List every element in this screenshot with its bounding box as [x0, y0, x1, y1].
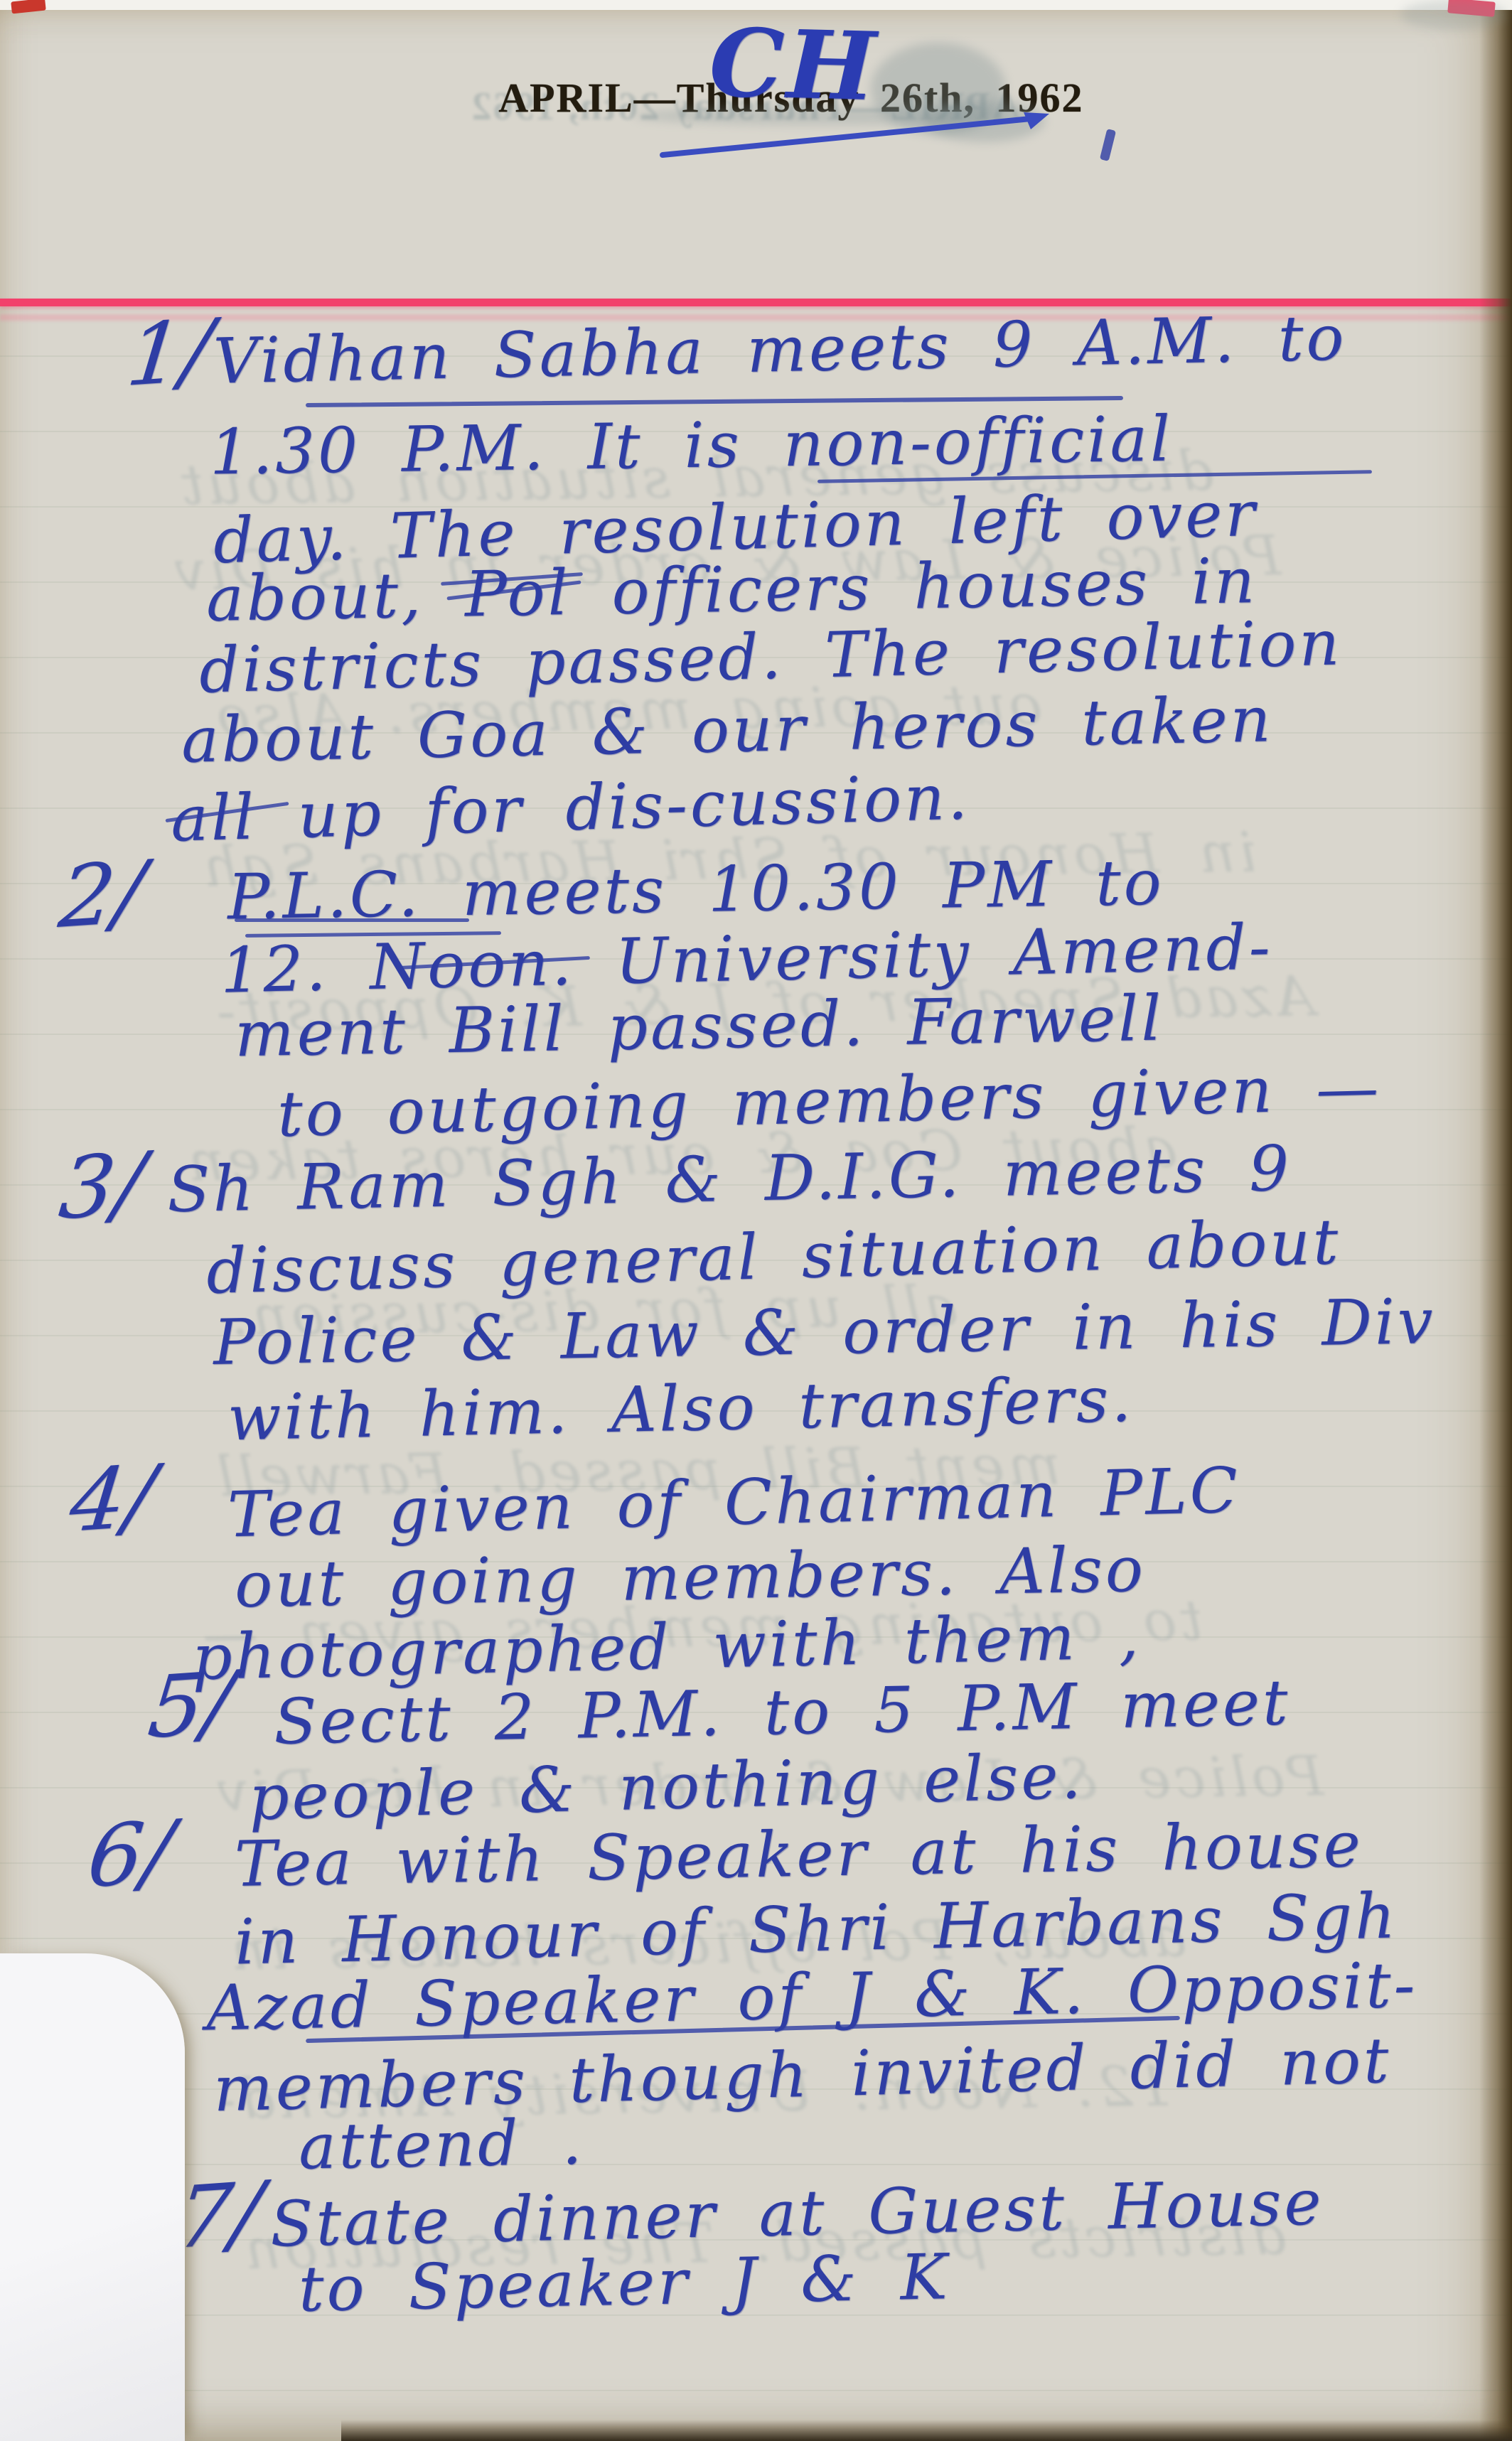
entry-line: attend .	[298, 2105, 585, 2183]
top-edge-strip	[0, 0, 1512, 10]
entry-number: 6/	[83, 1803, 178, 1907]
bottom-edge-shadow	[341, 2420, 1512, 2441]
entry-number: 2/	[55, 843, 149, 948]
entry-number: 1/	[122, 301, 217, 406]
entry-number: 7/	[172, 2164, 267, 2268]
white-corner-card	[0, 1953, 185, 2441]
entry-number: 3/	[55, 1134, 149, 1239]
corner-smudge	[1400, 0, 1507, 30]
arrow-underline-stroke	[654, 100, 1081, 171]
entry-number: 5/	[144, 1653, 238, 1758]
binding-shadow	[1479, 0, 1512, 2441]
diary-page-scan: discuss general situation about Police &…	[0, 0, 1512, 2441]
entry-number: 4/	[65, 1447, 160, 1552]
entry-line: to Speaker J & K	[298, 2240, 950, 2326]
ink-underline-plc	[235, 918, 469, 922]
